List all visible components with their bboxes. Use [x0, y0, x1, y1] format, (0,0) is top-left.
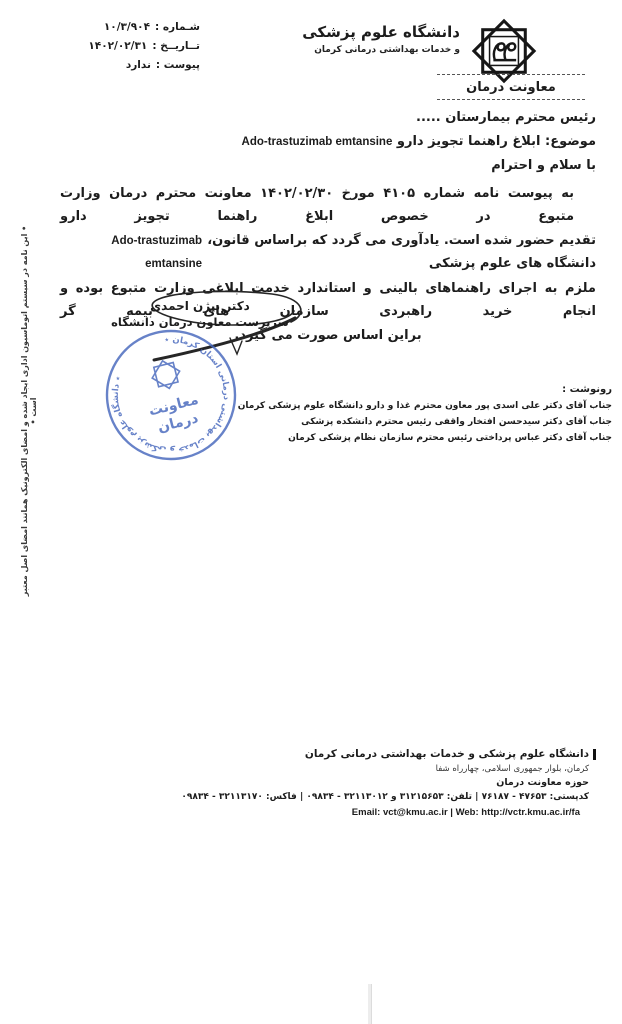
- letter-attachment-row: پیوست : ندارد: [84, 56, 200, 75]
- cc-item: جناب آقای دکتر سیدحسن افتخار واقفی رئیس …: [336, 414, 612, 430]
- date-label: تــاریــخ :: [152, 37, 200, 56]
- salutation-line: با سلام و احترام: [60, 154, 596, 178]
- recipient-line: رئیس محترم بیمارستان .....: [60, 106, 596, 130]
- footer-department: حوزه معاونت درمان: [60, 776, 596, 790]
- cc-label: رونوشت :: [336, 381, 612, 398]
- paragraph-line-1: به پیوست نامه شماره ۴۱۰۵ مورخ ۱۴۰۲/۰۲/۳۰…: [60, 182, 596, 229]
- attachment-value: ندارد: [126, 56, 151, 75]
- footer-address: کرمان، بلوار جمهوری اسلامی، چهارراه شفا: [60, 762, 596, 776]
- paragraph-line-2: تقدیم حضور شده است. یادآوری می گردد که ب…: [60, 229, 596, 277]
- signer-name: دکتر بیژن احمدی: [105, 299, 295, 313]
- subject-drug-name: Ado-trastuzimab emtansine: [242, 136, 393, 148]
- cc-block: رونوشت : جناب آقای دکتر علی اسدی پور معا…: [336, 381, 612, 446]
- attachment-label: پیوست :: [156, 56, 200, 75]
- scanned-letter-page: دانشگاه علوم پزشکی و خدمات بهداشتی درمان…: [0, 0, 622, 1024]
- footer-accent-bar: [593, 749, 596, 760]
- org-subtitle: و خدمات بهداشتی درمانی کرمان: [280, 45, 460, 55]
- paragraph-line-2-fa: تقدیم حضور شده است. یادآوری می گردد که ب…: [202, 229, 596, 276]
- number-value: ۱۰/۳/۹۰۴: [104, 18, 150, 37]
- department-box: معاونت درمان: [437, 74, 585, 100]
- footer-contact-line: کدپستی: ۴۷۶۵۳ - ۷۶۱۸۷ | تلفن: ۳۱۲۱۵۶۵۳ و…: [60, 790, 596, 805]
- cc-item: جناب آقای دکتر عباس پرداختی رئیس محترم س…: [336, 430, 612, 446]
- fold-mark: [368, 984, 372, 1024]
- svg-text:٭ دانشگاه علوم پزشکی و خدمات ب: ٭ دانشگاه علوم پزشکی و خدمات بهداشتی درم…: [97, 323, 244, 468]
- number-label: شـماره :: [155, 18, 200, 37]
- date-value: ۱۴۰۲/۰۲/۳۱: [88, 37, 147, 56]
- footer-email-web: Email: vct@kmu.ac.ir | Web: http://vctr.…: [60, 805, 596, 820]
- letterhead-org-block: دانشگاه علوم پزشکی و خدمات بهداشتی درمان…: [280, 22, 460, 55]
- footer-block: دانشگاه علوم پزشکی و خدمات بهداشتی درمان…: [60, 747, 596, 820]
- department-box-label: معاونت درمان: [466, 80, 556, 95]
- subject-line: موضوع: ابلاغ راهنما تجویز دارو Ado-trast…: [60, 130, 596, 155]
- stamp-ring-text: ٭ دانشگاه علوم پزشکی و خدمات بهداشتی درم…: [97, 323, 244, 468]
- letter-number-row: شـماره : ۱۰/۳/۹۰۴: [84, 18, 200, 37]
- org-name: دانشگاه علوم پزشکی: [280, 22, 460, 42]
- letter-meta-block: شـماره : ۱۰/۳/۹۰۴ تــاریــخ : ۱۴۰۲/۰۲/۳۱…: [84, 18, 200, 75]
- paragraph-line-2-drug-name: Ado-trastuzimab emtansine: [96, 230, 202, 277]
- side-validity-note: • این نامه در سیستم اتوماسیون اداری ایجا…: [20, 225, 38, 597]
- footer-org-name: دانشگاه علوم پزشکی و خدمات بهداشتی درمان…: [305, 747, 589, 762]
- cc-item: جناب آقای دکتر علی اسدی پور معاون محترم …: [336, 398, 612, 414]
- footer-org-line: دانشگاه علوم پزشکی و خدمات بهداشتی درمان…: [60, 747, 596, 762]
- subject-fa: موضوع: ابلاغ راهنما تجویز دارو: [397, 134, 596, 149]
- letter-date-row: تــاریــخ : ۱۴۰۲/۰۲/۳۱: [84, 37, 200, 56]
